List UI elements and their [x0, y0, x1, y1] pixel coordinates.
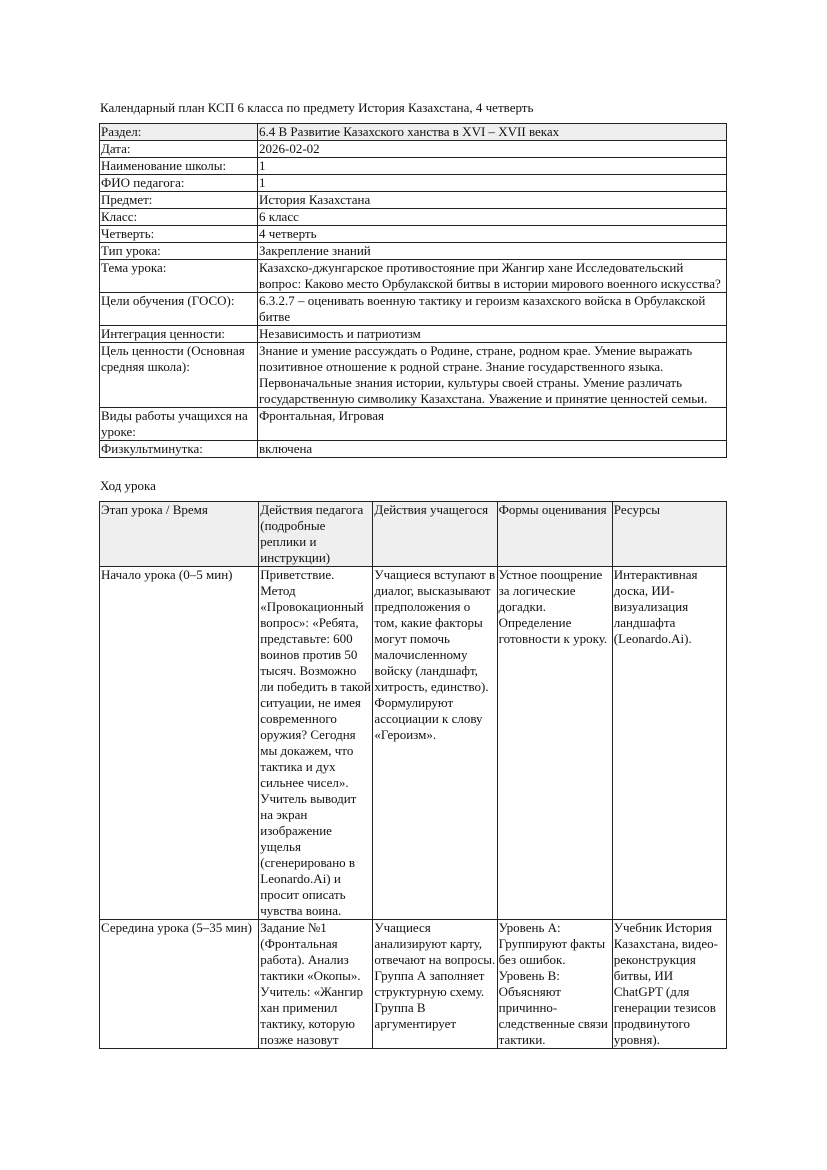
meta-row: Тип урока:Закрепление знаний — [100, 243, 727, 260]
meta-label: Класс: — [100, 209, 258, 226]
meta-label: Цель ценности (Основная средняя школа): — [100, 343, 258, 408]
meta-label: Физкультминутка: — [100, 441, 258, 458]
table-row: Середина урока (5–35 мин) Задание №1 (Фр… — [100, 920, 727, 1049]
teacher-actions-cell: Приветствие. Метод «Провокационный вопро… — [259, 567, 373, 920]
meta-value: Казахско-джунгарское противостояние при … — [258, 260, 727, 293]
meta-row: Дата:2026-02-02 — [100, 141, 727, 158]
meta-label: ФИО педагога: — [100, 175, 258, 192]
meta-value: История Казахстана — [258, 192, 727, 209]
header-stage: Этап урока / Время — [100, 502, 259, 567]
meta-row: Четверть:4 четверть — [100, 226, 727, 243]
lesson-flow-heading: Ход урока — [100, 478, 156, 494]
meta-value: Знание и умение рассуждать о Родине, стр… — [258, 343, 727, 408]
assessment-cell: Уровень А: Группируют факты без ошибок. … — [497, 920, 612, 1049]
meta-row: Физкультминутка:включена — [100, 441, 727, 458]
meta-row: Виды работы учащихся на уроке:Фронтальна… — [100, 408, 727, 441]
meta-value: Фронтальная, Игровая — [258, 408, 727, 441]
meta-label: Виды работы учащихся на уроке: — [100, 408, 258, 441]
meta-value: 1 — [258, 175, 727, 192]
meta-row: Наименование школы:1 — [100, 158, 727, 175]
document-title: Календарный план КСП 6 класса по предмет… — [100, 100, 533, 116]
meta-value: Независимость и патриотизм — [258, 326, 727, 343]
meta-row: Тема урока:Казахско-джунгарское противос… — [100, 260, 727, 293]
meta-label: Тип урока: — [100, 243, 258, 260]
table-row: Начало урока (0–5 мин) Приветствие. Мето… — [100, 567, 727, 920]
assessment-cell: Устное поощрение за логические догадки. … — [497, 567, 612, 920]
meta-value: включена — [258, 441, 727, 458]
meta-row: Цель ценности (Основная средняя школа):З… — [100, 343, 727, 408]
meta-value: 6 класс — [258, 209, 727, 226]
meta-row: Предмет:История Казахстана — [100, 192, 727, 209]
meta-row: Раздел:6.4 В Развитие Казахского ханства… — [100, 124, 727, 141]
header-resources: Ресурсы — [612, 502, 726, 567]
lesson-plan-table: Этап урока / Время Действия педагога (по… — [99, 501, 727, 1049]
meta-label: Предмет: — [100, 192, 258, 209]
student-actions-cell: Учащиеся вступают в диалог, высказывают … — [373, 567, 497, 920]
meta-row: ФИО педагога:1 — [100, 175, 727, 192]
meta-row: Интеграция ценности:Независимость и патр… — [100, 326, 727, 343]
meta-value: 4 четверть — [258, 226, 727, 243]
table-header-row: Этап урока / Время Действия педагога (по… — [100, 502, 727, 567]
meta-value: Закрепление знаний — [258, 243, 727, 260]
meta-label: Тема урока: — [100, 260, 258, 293]
stage-cell: Середина урока (5–35 мин) — [100, 920, 259, 1049]
meta-label: Цели обучения (ГОСО): — [100, 293, 258, 326]
meta-value: 6.4 В Развитие Казахского ханства в XVI … — [258, 124, 727, 141]
teacher-actions-cell: Задание №1 (Фронтальная работа). Анализ … — [259, 920, 373, 1049]
meta-row: Класс:6 класс — [100, 209, 727, 226]
meta-label: Дата: — [100, 141, 258, 158]
meta-value: 1 — [258, 158, 727, 175]
resources-cell: Учебник История Казахстана, видео-реконс… — [612, 920, 726, 1049]
meta-label: Наименование школы: — [100, 158, 258, 175]
header-teacher-actions: Действия педагога (подробные реплики и и… — [259, 502, 373, 567]
header-student-actions: Действия учащегося — [373, 502, 497, 567]
stage-cell: Начало урока (0–5 мин) — [100, 567, 259, 920]
meta-value: 6.3.2.7 – оценивать военную тактику и ге… — [258, 293, 727, 326]
student-actions-cell: Учащиеся анализируют карту, отвечают на … — [373, 920, 497, 1049]
resources-cell: Интерактивная доска, ИИ-визуализация лан… — [612, 567, 726, 920]
header-assessment: Формы оценивания — [497, 502, 612, 567]
meta-row: Цели обучения (ГОСО):6.3.2.7 – оценивать… — [100, 293, 727, 326]
meta-label: Интеграция ценности: — [100, 326, 258, 343]
meta-label: Раздел: — [100, 124, 258, 141]
meta-value: 2026-02-02 — [258, 141, 727, 158]
meta-label: Четверть: — [100, 226, 258, 243]
lesson-meta-table: Раздел:6.4 В Развитие Казахского ханства… — [99, 123, 727, 458]
